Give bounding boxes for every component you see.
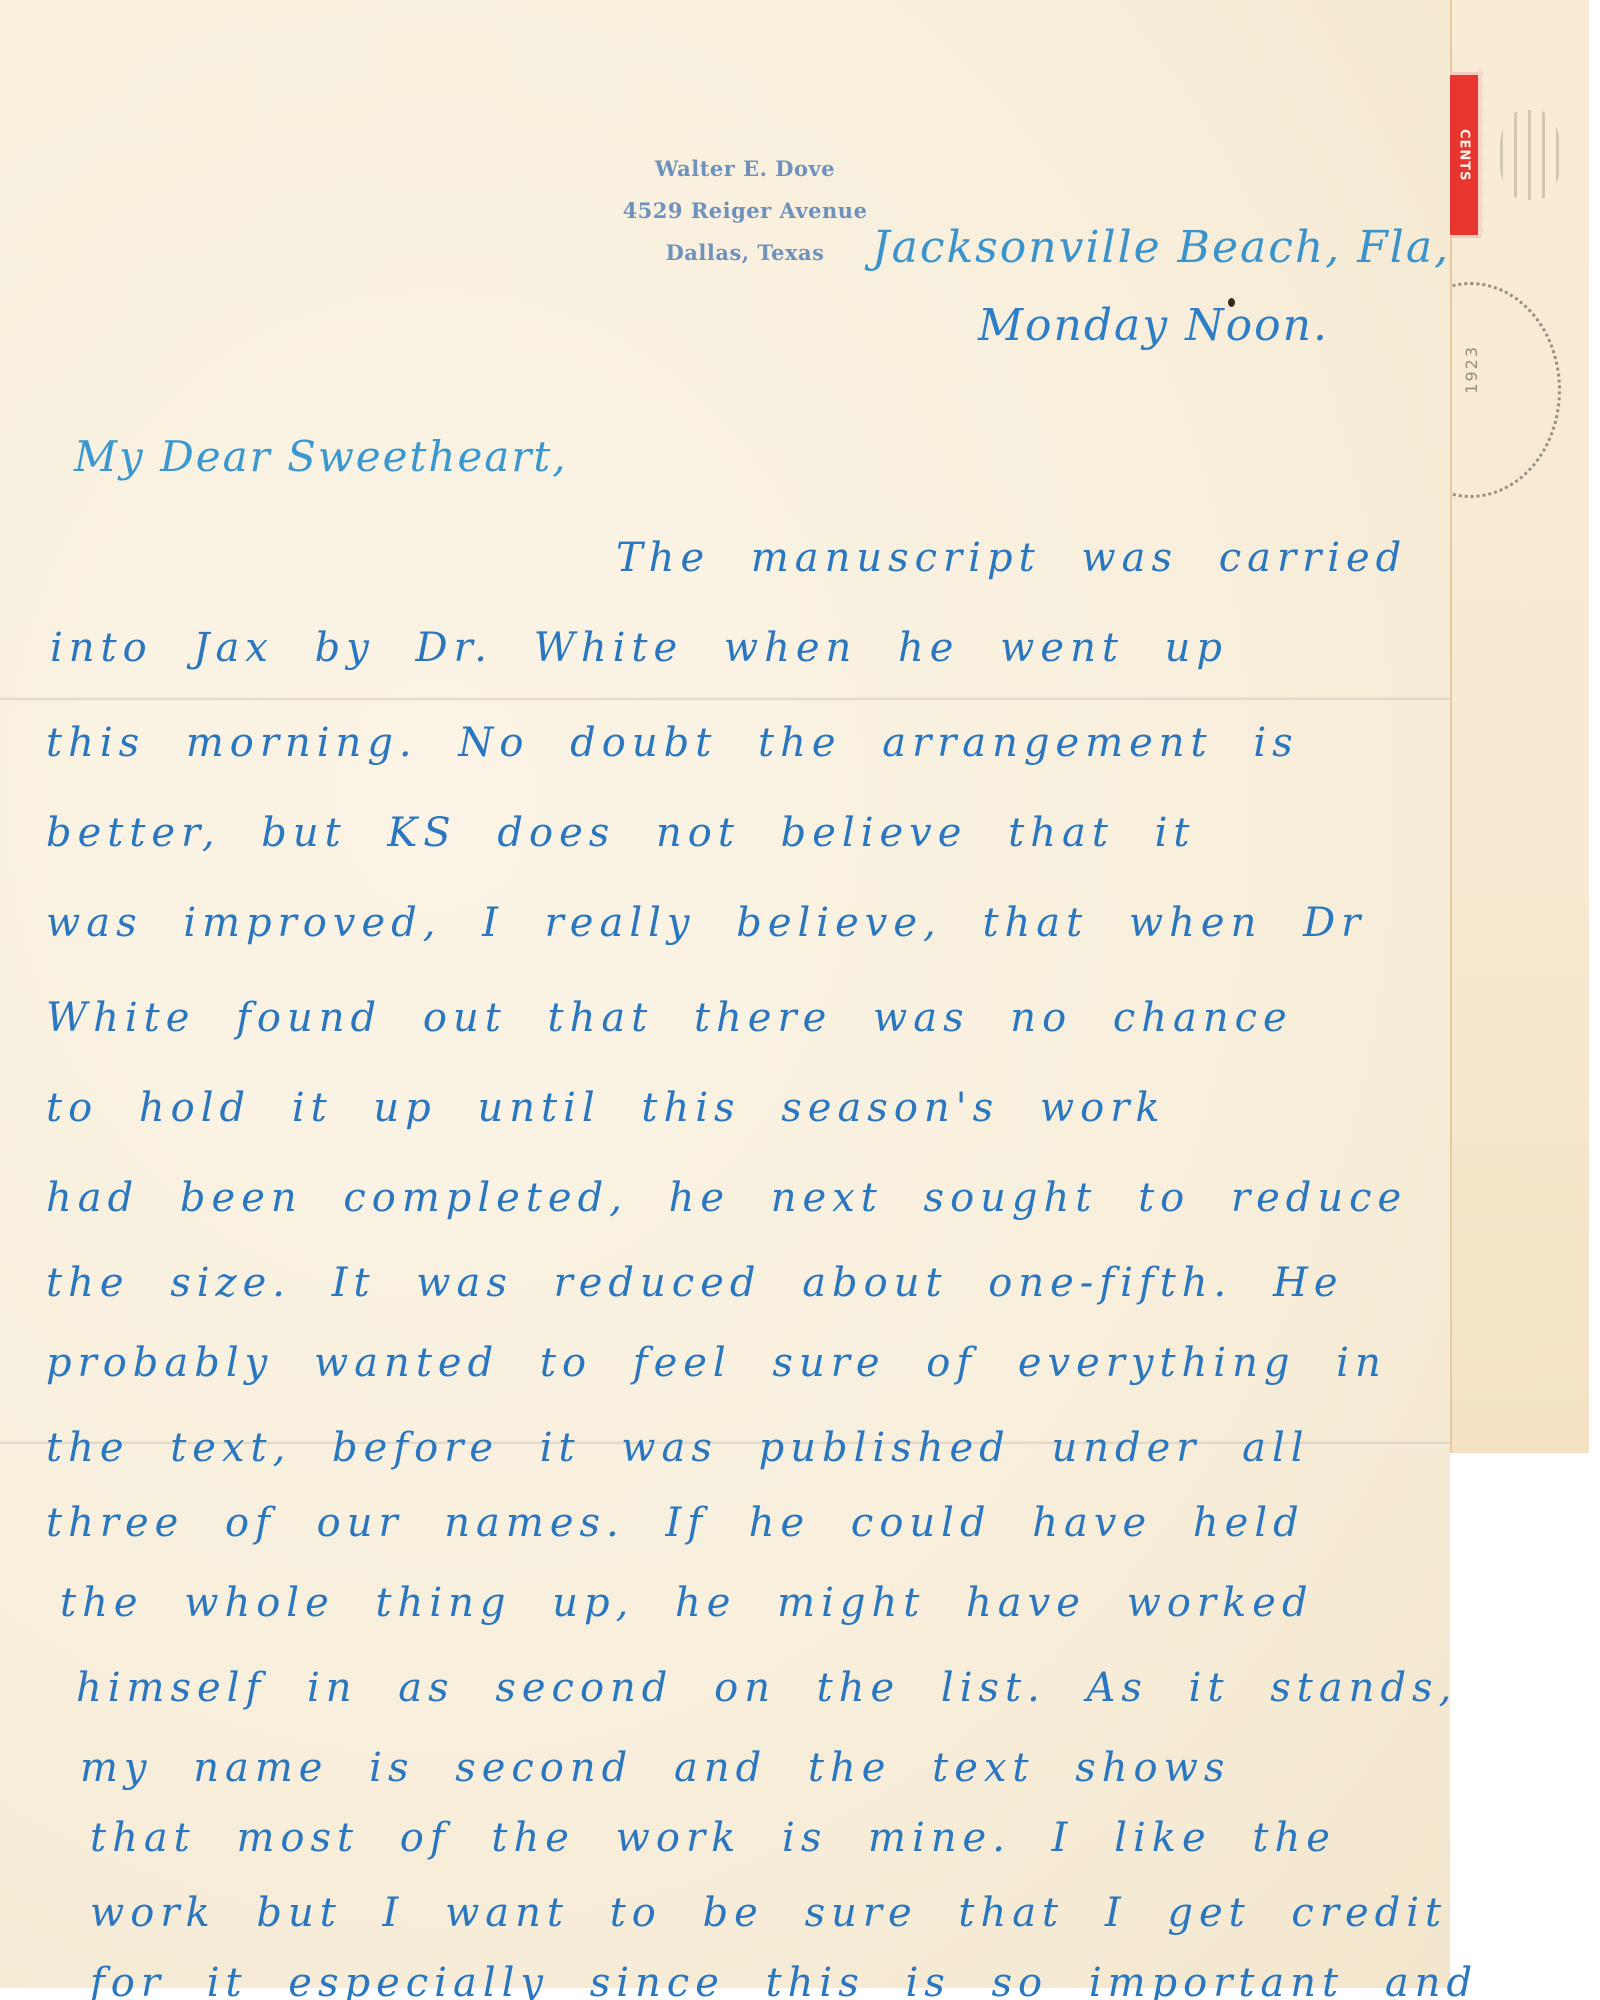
cancellation-marks [1500, 110, 1560, 200]
stamp-denomination: CENTS [1457, 129, 1472, 182]
body-line: was improved, I really believe, that whe… [46, 900, 1366, 946]
body-line: work but I want to be sure that I get cr… [90, 1890, 1447, 1936]
body-line: probably wanted to feel sure of everythi… [46, 1340, 1387, 1386]
body-line: better, but KS does not believe that it [46, 810, 1196, 856]
body-line: three of our names. If he could have hel… [46, 1500, 1305, 1546]
dateline-when: Monday Noon. [978, 300, 1329, 351]
body-line: the text, before it was published under … [46, 1425, 1310, 1471]
body-line: the whole thing up, he might have worked [60, 1580, 1314, 1626]
letter-page: Walter E. Dove 4529 Reiger Avenue Dallas… [0, 0, 1450, 1988]
body-line: himself in as second on the list. As it … [76, 1665, 1457, 1711]
body-line: White found out that there was no chance [46, 995, 1293, 1041]
ink-spot [1228, 298, 1235, 307]
letterhead-name: Walter E. Dove [600, 148, 890, 190]
body-line: the size. It was reduced about one-fifth… [46, 1260, 1344, 1306]
letterhead-city: Dallas, Texas [600, 232, 890, 274]
body-line: to hold it up until this season's work [46, 1085, 1166, 1131]
body-line: my name is second and the text shows [80, 1745, 1230, 1791]
body-line: that most of the work is mine. I like th… [90, 1815, 1336, 1861]
letterhead-street: 4529 Reiger Avenue [600, 190, 890, 232]
stamp-perforation [1478, 68, 1490, 236]
salutation: My Dear Sweetheart, [74, 432, 568, 481]
postage-stamp: CENTS [1450, 72, 1481, 238]
body-line: The manuscript was carried [616, 535, 1407, 581]
body-line: this morning. No doubt the arrangement i… [46, 720, 1299, 766]
fold-crease-upper [0, 697, 1450, 701]
body-line: into Jax by Dr. White when he went up [50, 625, 1228, 671]
letterhead: Walter E. Dove 4529 Reiger Avenue Dallas… [600, 148, 890, 274]
body-line: had been completed, he next sought to re… [46, 1175, 1407, 1221]
postmark-year: 1923 [1462, 345, 1481, 394]
body-line: for it especially since this is so impor… [90, 1960, 1478, 2000]
dateline-place: Jacksonville Beach, Fla, [872, 222, 1450, 273]
